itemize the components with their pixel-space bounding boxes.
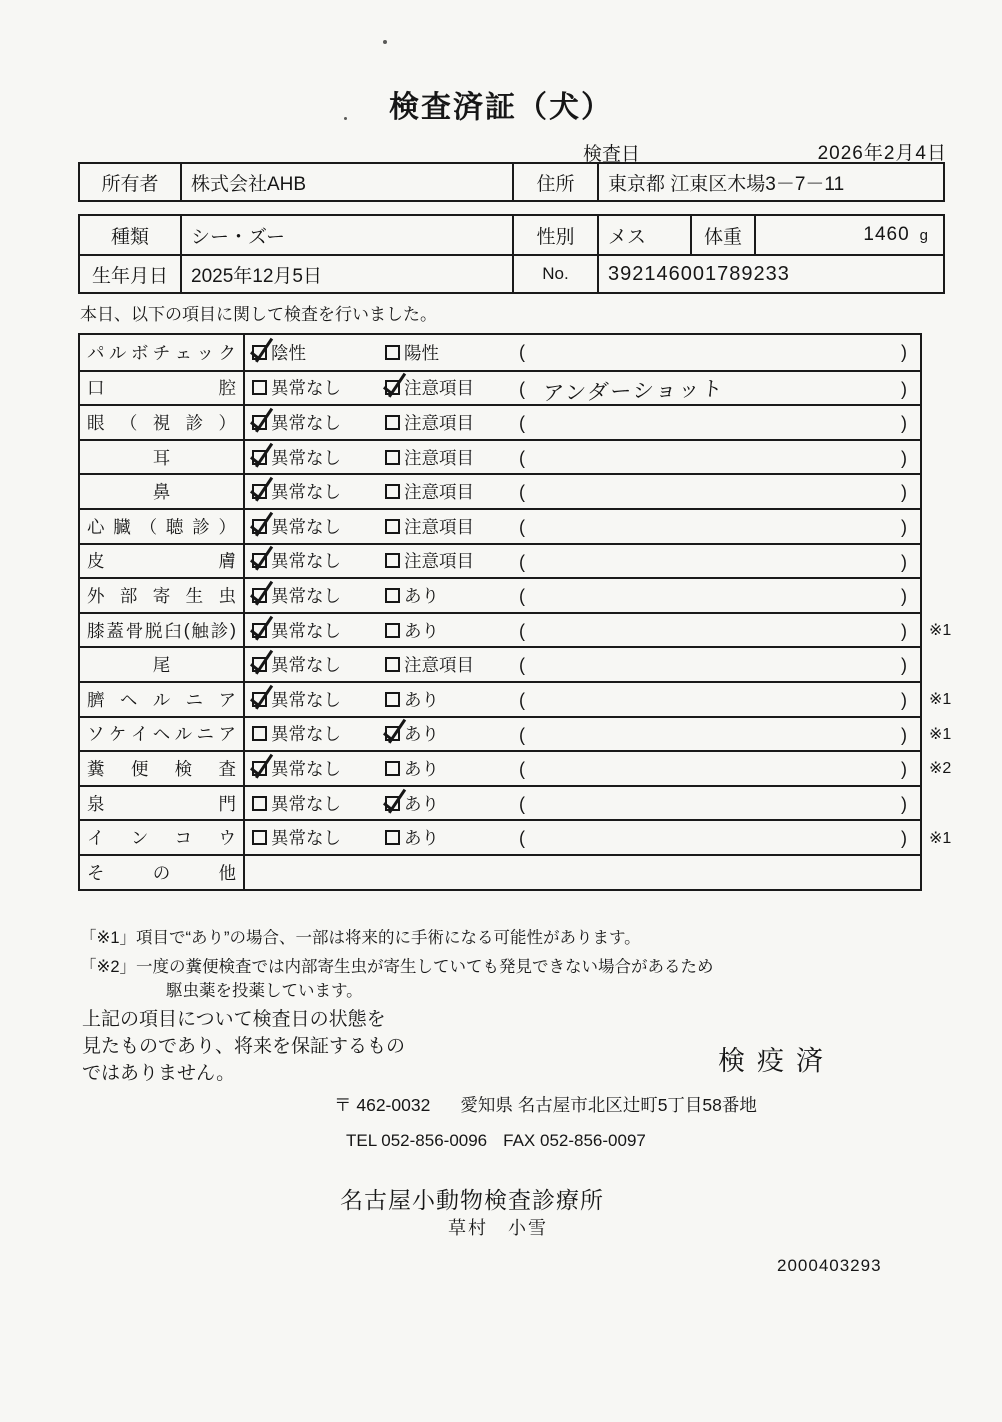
result-option-1: 異常なし (252, 510, 341, 543)
item-label: 尾 (80, 648, 245, 681)
item-label-char: 虫 (219, 583, 237, 608)
paren-open: ( (519, 787, 525, 822)
checkbox-empty (385, 657, 400, 672)
item-label-char: 視 (153, 410, 171, 435)
result-option-2: あり (385, 787, 439, 820)
paren-close: ) (901, 683, 907, 718)
reference-mark: ※2 (929, 758, 951, 778)
result-option-2: あり (385, 579, 439, 612)
checkbox-empty (252, 380, 267, 395)
checkbox-empty (385, 450, 400, 465)
paren-close: ) (901, 579, 907, 614)
paren-close: ) (901, 787, 907, 822)
paren-close: ) (901, 648, 907, 683)
option-1-label: 異常なし (271, 445, 341, 470)
inspection-row: 尾異常なし注意項目() (80, 646, 920, 681)
scan-speck (344, 117, 347, 120)
no-value: 392146001789233 (597, 256, 943, 292)
result-option-2: 注意項目 (385, 648, 474, 681)
item-label: 口腔 (80, 372, 245, 405)
item-label-char: ソ (87, 721, 105, 746)
item-label-char: ボ (131, 340, 149, 365)
breed-value: シー・ズー (180, 216, 512, 254)
item-label: 鼻 (80, 475, 245, 508)
result-option-1: 異常なし (252, 614, 341, 647)
animal-table: 種類 シー・ズー 性別 メス 体重 1460 g 生年月日 2025年12月5日… (78, 214, 945, 294)
item-result-cell: 異常なしあり() (245, 821, 920, 854)
item-label-char: 糞 (87, 756, 105, 781)
no-label: No. (512, 256, 597, 292)
checkbox-empty (252, 726, 267, 741)
item-label-char: 診 (192, 514, 210, 539)
item-label-char: 腔 (219, 375, 237, 400)
clinic-name: 名古屋小動物検査診療所 (340, 1182, 604, 1215)
item-label-char: 部 (120, 583, 138, 608)
item-label-char: 尾 (153, 652, 171, 677)
owner-label: 所有者 (80, 164, 180, 200)
option-1-label: 陰性 (271, 340, 306, 365)
handwritten-note: アンダーショット (542, 372, 726, 407)
item-label-char: 口 (87, 375, 105, 400)
checkbox-empty (385, 830, 400, 845)
checkbox-checked (385, 380, 400, 395)
inspection-row: 外部寄生虫異常なしあり() (80, 577, 920, 612)
inspection-row: 泉門異常なしあり() (80, 785, 920, 820)
result-option-2: あり (385, 614, 439, 647)
item-result-cell: 異常なし注意項目() (245, 648, 920, 681)
item-label: 泉門 (80, 787, 245, 820)
item-result-cell: 異常なしあり() (245, 752, 920, 785)
inspection-row: 眼（視診）異常なし注意項目() (80, 404, 920, 439)
option-2-label: 注意項目 (404, 410, 474, 435)
item-label: その他 (80, 856, 245, 889)
item-label-char: 蓋 (106, 618, 124, 643)
option-2-label: あり (404, 618, 439, 643)
intro-text: 本日、以下の項目に関して検査を行いました。 (80, 300, 437, 325)
option-2-label: 注意項目 (404, 445, 474, 470)
disclaimer-line1: 上記の項目について検査日の状態を (82, 1006, 405, 1033)
option-2-label: 陽性 (404, 340, 439, 365)
paren-open: ( (519, 718, 525, 753)
option-1-label: 異常なし (271, 375, 341, 400)
certificate-title: 検査済証（犬） (0, 82, 1002, 126)
item-label-char: イ (87, 825, 105, 850)
item-label: 眼（視診） (80, 406, 245, 439)
inspection-row: その他 (80, 854, 920, 889)
item-label-char: ェ (175, 340, 193, 365)
item-label-char: ア (219, 687, 237, 712)
result-option-1: 異常なし (252, 441, 341, 474)
result-option-1: 異常なし (252, 406, 341, 439)
paren-open: ( (519, 752, 525, 787)
result-option-1: 異常なし (252, 787, 341, 820)
option-2-label: 注意項目 (404, 548, 474, 573)
item-label-char: ウ (218, 825, 236, 850)
paren-open: ( (519, 510, 525, 545)
item-result-cell: 異常なし注意項目() (245, 545, 920, 578)
item-label: 外部寄生虫 (80, 579, 245, 612)
item-label-char: 臓 (113, 514, 131, 539)
paren-close: ) (901, 335, 907, 370)
disclaimer-line2: 見たものであり、将来を保証するもの (82, 1033, 405, 1060)
inspection-table: パルボチェック陰性陽性()口腔異常なし注意項目(アンダーショット)眼（視診）異常… (78, 333, 922, 891)
item-label-char: ア (218, 721, 236, 746)
item-label: 皮膚 (80, 545, 245, 578)
item-label-char: チ (153, 340, 171, 365)
paren-open: ( (519, 614, 525, 649)
item-label-char: 膚 (219, 548, 237, 573)
breed-label: 種類 (80, 216, 180, 254)
paren-open: ( (519, 406, 525, 441)
option-1-label: 異常なし (271, 583, 341, 608)
checkbox-empty (385, 553, 400, 568)
paren-open: ( (519, 683, 525, 718)
result-option-2: 注意項目 (385, 441, 474, 474)
item-label-char: 聴 (166, 514, 184, 539)
checkbox-checked (252, 450, 267, 465)
option-1-label: 異常なし (271, 652, 341, 677)
option-2-label: あり (404, 583, 439, 608)
checkbox-empty (252, 796, 267, 811)
paren-close: ) (901, 545, 907, 580)
item-label-char: 診 (211, 618, 229, 643)
paren-close: ) (901, 752, 907, 787)
result-option-2: 陽性 (385, 335, 439, 370)
item-result-cell: 異常なし注意項目(アンダーショット) (245, 372, 920, 405)
clinic-fax: FAX 052-856-0097 (503, 1131, 646, 1150)
checkbox-checked (252, 657, 267, 672)
disclaimer-text: 上記の項目について検査日の状態を 見たものであり、将来を保証するもの ではありま… (82, 1006, 405, 1087)
quarantine-stamp: 検疫済 (718, 1039, 835, 1078)
option-2-label: あり (404, 791, 439, 816)
checkbox-empty (385, 761, 400, 776)
item-label-char: 脱 (145, 618, 163, 643)
item-label: パルボチェック (80, 335, 245, 370)
result-option-2: 注意項目 (385, 510, 474, 543)
inspection-row: ソケイヘルニア異常なしあり()※1 (80, 716, 920, 751)
reference-mark: ※1 (929, 724, 951, 744)
item-label-char: 臼 (164, 618, 182, 643)
inspection-row: 心臓（聴診）異常なし注意項目() (80, 508, 920, 543)
result-option-1: 異常なし (252, 545, 341, 578)
paren-close: ) (901, 406, 907, 441)
item-label-char: ル (109, 340, 127, 365)
option-1-label: 異常なし (271, 687, 341, 712)
item-label-char: 鼻 (153, 479, 171, 504)
footnote-2-line1: 「※2」一度の糞便検査では内部寄生虫が寄生していても発見できない場合があるため (80, 953, 714, 977)
item-label-char: ッ (197, 340, 215, 365)
owner-row: 所有者 株式会社AHB 住所 東京都 江東区木場3－7－11 (80, 164, 943, 200)
item-label-char: ニ (186, 687, 204, 712)
checkbox-empty (385, 519, 400, 534)
item-result-cell: 異常なし注意項目() (245, 510, 920, 543)
footnote-2-line2: 駆虫薬を投薬しています。 (166, 977, 363, 1001)
paren-open: ( (519, 441, 525, 476)
item-label-char: （ (120, 410, 138, 435)
item-label: 臍ヘルニア (80, 683, 245, 716)
result-option-1: 異常なし (252, 821, 341, 854)
option-1-label: 異常なし (271, 721, 341, 746)
weight-value: 1460 g (754, 216, 943, 254)
item-result-cell: 異常なしあり() (245, 787, 920, 820)
option-2-label: あり (404, 687, 439, 712)
owner-table: 所有者 株式会社AHB 住所 東京都 江東区木場3－7－11 (78, 162, 945, 202)
address-label: 住所 (512, 164, 597, 200)
paren-close: ) (901, 718, 907, 753)
certificate-page: 検査済証（犬） 検査日 2026年2月4日 所有者 株式会社AHB 住所 東京都… (0, 0, 1002, 1422)
option-2-label: 注意項目 (404, 514, 474, 539)
item-label-char: 他 (219, 860, 237, 885)
checkbox-checked (252, 553, 267, 568)
inspection-row: 臍ヘルニア異常なしあり()※1 (80, 681, 920, 716)
item-label-char: コ (175, 825, 193, 850)
item-label-char: 触 (191, 618, 209, 643)
item-label-char: （ (140, 514, 158, 539)
option-1-label: 異常なし (271, 791, 341, 816)
item-label-char: ヘ (153, 721, 171, 746)
owner-value: 株式会社AHB (180, 164, 512, 200)
checkbox-empty (252, 830, 267, 845)
checkbox-checked (252, 345, 267, 360)
scan-speck (383, 40, 387, 44)
item-label-char: 骨 (126, 618, 144, 643)
inspection-row: パルボチェック陰性陽性() (80, 335, 920, 370)
item-label-char: イ (131, 721, 149, 746)
reference-mark: ※1 (929, 689, 951, 709)
checkbox-empty (385, 588, 400, 603)
item-label-char: ヘ (120, 687, 138, 712)
inspection-row: インコウ異常なしあり()※1 (80, 819, 920, 854)
result-option-2: あり (385, 718, 439, 751)
item-label-char: ） (218, 514, 236, 539)
paren-close: ) (901, 441, 907, 476)
item-label-char: ル (153, 687, 171, 712)
item-label-char: 査 (218, 756, 236, 781)
item-label-char: 検 (175, 756, 193, 781)
animal-row-2: 生年月日 2025年12月5日 No. 392146001789233 (80, 254, 943, 292)
paren-open: ( (519, 821, 525, 856)
item-result-cell: 異常なし注意項目() (245, 406, 920, 439)
result-option-1: 異常なし (252, 683, 341, 716)
item-result-cell: 陰性陽性() (245, 335, 920, 370)
option-2-label: あり (404, 825, 439, 850)
item-label-char: ン (131, 825, 149, 850)
reference-mark: ※1 (929, 620, 951, 640)
sex-label: 性別 (512, 216, 597, 254)
option-1-label: 異常なし (271, 410, 341, 435)
item-result-cell: 異常なしあり() (245, 614, 920, 647)
disclaimer-line3: ではありません。 (82, 1060, 405, 1087)
item-label-char: 便 (131, 756, 149, 781)
option-2-label: 注意項目 (404, 652, 474, 677)
item-label: 糞便検査 (80, 752, 245, 785)
paren-close: ) (901, 510, 907, 545)
weight-unit: g (920, 227, 929, 244)
checkbox-checked (252, 484, 267, 499)
footnote-1: 「※1」項目で“あり”の場合、一部は将来的に手術になる可能性があります。 (80, 924, 641, 948)
item-label-char: そ (87, 860, 105, 885)
address-value: 東京都 江東区木場3－7－11 (597, 164, 943, 200)
inspection-row: 鼻異常なし注意項目() (80, 473, 920, 508)
item-label-char: ニ (197, 721, 215, 746)
paren-close: ) (901, 475, 907, 510)
item-label-char: の (153, 860, 171, 885)
clinic-postal: 〒 462-0032 (334, 1095, 430, 1115)
clinic-tel: TEL 052-856-0096 (346, 1131, 487, 1150)
option-1-label: 異常なし (271, 756, 341, 781)
paren-open: ( (519, 372, 525, 407)
inspection-row: 膝蓋骨脱臼(触診)異常なしあり()※1 (80, 612, 920, 647)
paren-open: ( (519, 579, 525, 614)
result-option-2: あり (385, 752, 439, 785)
item-label-char: ( (184, 620, 190, 641)
item-label-char: 眼 (87, 410, 105, 435)
item-label: ソケイヘルニア (80, 718, 245, 751)
result-option-1: 陰性 (252, 335, 306, 370)
vet-name: 草村 小雪 (448, 1214, 548, 1240)
result-option-1: 異常なし (252, 752, 341, 785)
item-label-char: 泉 (87, 791, 105, 816)
item-label-char: パ (87, 340, 105, 365)
item-label-char: ル (175, 721, 193, 746)
item-label-char: ク (218, 340, 236, 365)
paren-open: ( (519, 545, 525, 580)
checkbox-empty (385, 692, 400, 707)
paren-close: ) (901, 614, 907, 649)
checkbox-empty (385, 345, 400, 360)
item-label-char: 門 (219, 791, 237, 816)
option-2-label: 注意項目 (404, 479, 474, 504)
animal-row-1: 種類 シー・ズー 性別 メス 体重 1460 g (80, 216, 943, 254)
result-option-1: 異常なし (252, 718, 341, 751)
item-label-char: 外 (87, 583, 105, 608)
inspection-row: 口腔異常なし注意項目(アンダーショット) (80, 370, 920, 405)
paren-close: ) (901, 372, 907, 407)
item-result-cell: 異常なしあり() (245, 579, 920, 612)
item-label-char: 膝 (87, 618, 105, 643)
checkbox-checked (252, 761, 267, 776)
item-label: 心臓（聴診） (80, 510, 245, 543)
option-1-label: 異常なし (271, 479, 341, 504)
reference-mark: ※1 (929, 828, 951, 848)
item-label-char: 寄 (153, 583, 171, 608)
item-label-char: ） (219, 410, 237, 435)
inspection-row: 皮膚異常なし注意項目() (80, 543, 920, 578)
checkbox-empty (385, 484, 400, 499)
result-option-1: 異常なし (252, 648, 341, 681)
checkbox-checked (252, 692, 267, 707)
item-label-char: 皮 (87, 548, 105, 573)
checkbox-empty (385, 415, 400, 430)
item-result-cell (245, 856, 920, 889)
paren-open: ( (519, 648, 525, 683)
inspection-date-value: 2026年2月4日 (818, 138, 947, 165)
item-label-char: 耳 (153, 445, 171, 470)
sex-value: メス (597, 216, 690, 254)
birth-label: 生年月日 (80, 256, 180, 292)
result-option-1: 異常なし (252, 475, 341, 508)
option-2-label: 注意項目 (404, 375, 474, 400)
paren-open: ( (519, 475, 525, 510)
item-label: インコウ (80, 821, 245, 854)
option-1-label: 異常なし (271, 514, 341, 539)
clinic-postal-line: 〒 462-0032愛知県 名古屋市北区辻町5丁目58番地 (334, 1092, 757, 1117)
item-result-cell: 異常なし注意項目() (245, 475, 920, 508)
option-2-label: あり (404, 721, 439, 746)
item-label-char: 心 (87, 514, 105, 539)
item-label: 膝蓋骨脱臼(触診) (80, 614, 245, 647)
checkbox-checked (252, 519, 267, 534)
option-2-label: あり (404, 756, 439, 781)
weight-number: 1460 (863, 224, 909, 246)
item-label-char: ) (230, 620, 236, 641)
checkbox-empty (385, 623, 400, 638)
option-1-label: 異常なし (271, 618, 341, 643)
birth-value: 2025年12月5日 (180, 256, 512, 292)
item-result-cell: 異常なしあり() (245, 718, 920, 751)
inspection-row: 糞便検査異常なしあり()※2 (80, 750, 920, 785)
checkbox-checked (252, 623, 267, 638)
paren-close: ) (901, 821, 907, 856)
result-option-2: あり (385, 683, 439, 716)
result-option-1: 異常なし (252, 372, 341, 405)
result-option-2: 注意項目 (385, 545, 474, 578)
clinic-tel-line: TEL 052-856-0096FAX 052-856-0097 (346, 1131, 646, 1151)
checkbox-checked (385, 796, 400, 811)
result-option-2: 注意項目 (385, 372, 474, 405)
result-option-2: 注意項目 (385, 406, 474, 439)
checkbox-checked (252, 415, 267, 430)
item-result-cell: 異常なし注意項目() (245, 441, 920, 474)
item-result-cell: 異常なしあり() (245, 683, 920, 716)
item-label-char: 生 (186, 583, 204, 608)
clinic-address: 愛知県 名古屋市北区辻町5丁目58番地 (460, 1095, 757, 1115)
result-option-2: 注意項目 (385, 475, 474, 508)
item-label: 耳 (80, 441, 245, 474)
option-1-label: 異常なし (271, 548, 341, 573)
serial-number: 2000403293 (777, 1256, 882, 1276)
weight-label: 体重 (690, 216, 754, 254)
inspection-row: 耳異常なし注意項目() (80, 439, 920, 474)
item-label-char: 臍 (87, 687, 105, 712)
item-label-char: 診 (186, 410, 204, 435)
checkbox-checked (385, 726, 400, 741)
result-option-2: あり (385, 821, 439, 854)
paren-open: ( (519, 335, 525, 370)
option-1-label: 異常なし (271, 825, 341, 850)
item-label-char: ケ (109, 721, 127, 746)
checkbox-checked (252, 588, 267, 603)
result-option-1: 異常なし (252, 579, 341, 612)
